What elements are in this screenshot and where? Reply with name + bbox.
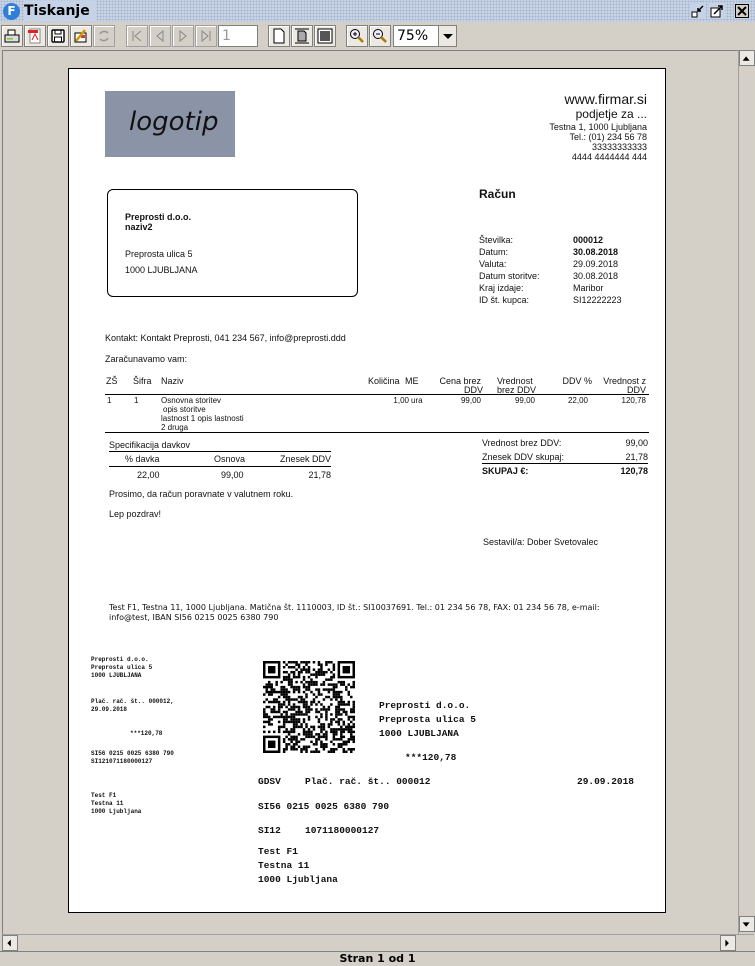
slip-ref-model: SI12	[258, 825, 281, 836]
logo-text: logotip	[129, 107, 218, 137]
customer-city: 1000 LJUBLJANA	[125, 265, 198, 275]
zoom-level-select[interactable]: 75%	[393, 25, 457, 47]
meta-row: ID št. kupca:SI12222223	[479, 294, 622, 306]
item-me: ura	[411, 397, 423, 405]
next-page-icon	[175, 28, 191, 44]
item-desc: lastnost 1 opis lastnosti	[161, 415, 244, 423]
item-zs: 1	[107, 397, 111, 405]
prev-page-button[interactable]	[149, 25, 171, 47]
first-page-icon	[129, 28, 145, 44]
arrow-left-icon	[3, 937, 17, 951]
save-button[interactable]	[47, 25, 69, 47]
table-row: 1 1 Osnovna storitev opis storitve lastn…	[105, 395, 649, 433]
fit-page-button[interactable]	[314, 25, 336, 47]
print-button[interactable]	[1, 25, 23, 47]
page-width-icon	[294, 28, 310, 44]
slip-iban: SI56 0215 0025 6380 790	[258, 801, 389, 812]
stub-recipient: 1000 Ljubljana	[91, 808, 174, 816]
title-bar: F Tiskanje	[0, 0, 755, 22]
item-desc: opis storitve	[163, 406, 206, 414]
intro-text: Zaračunavamo vam:	[105, 354, 187, 365]
col-kolicina: Količina	[368, 376, 400, 386]
last-page-button[interactable]	[195, 25, 217, 47]
company-phone: Tel.: (01) 234 56 78	[549, 132, 647, 142]
slip-recipient-name: Test F1	[258, 845, 338, 859]
tax-col-base: Osnova	[214, 454, 245, 464]
pdf-icon	[27, 28, 43, 44]
company-line4: 4444 4444444 444	[549, 152, 647, 162]
vat-value: 21,78	[625, 452, 648, 462]
slip-stub: Preprosti d.o.o. Preprosta ulica 5 1000 …	[91, 656, 174, 816]
tax-spec-title: Specifikacija davkov	[109, 440, 331, 452]
item-cena: 99,00	[461, 397, 481, 405]
last-page-icon	[198, 28, 214, 44]
zoom-in-button[interactable]	[346, 25, 368, 47]
total-label: SKUPAJ €:	[482, 466, 528, 476]
stub-amount: ***120,78	[91, 730, 174, 738]
chevron-down-icon[interactable]	[438, 26, 456, 46]
slip-ref-number: 1071180000127	[305, 825, 379, 836]
first-page-button[interactable]	[126, 25, 148, 47]
slip-due-date: 29.09.2018	[577, 776, 634, 787]
page-status: Stran 1 od 1	[0, 951, 755, 966]
toolbar: 1 75%	[0, 22, 755, 50]
company-address: Testna 1, 1000 Ljubljana	[549, 122, 647, 132]
zoom-level-value: 75%	[397, 28, 428, 44]
arrow-right-icon	[721, 937, 735, 951]
floppy-disk-icon	[50, 28, 66, 44]
slip-recipient: Test F1 Testna 11 1000 Ljubljana	[258, 845, 338, 887]
meta-label: Kraj izdaje:	[479, 282, 573, 294]
meta-value: 30.08.2018	[573, 270, 622, 282]
vertical-scrollbar[interactable]	[738, 50, 754, 934]
item-ddv: 22,00	[568, 397, 588, 405]
stub-payer: Preprosta ulica 5	[91, 664, 174, 672]
zoom-out-button[interactable]	[369, 25, 391, 47]
meta-label: Datum:	[479, 246, 573, 258]
printer-icon	[4, 28, 20, 44]
company-website: www.firmar.si	[549, 91, 647, 107]
table-row: 22,00 99,00 21,78	[109, 467, 331, 481]
slip-payer: Preprosti d.o.o. Preprosta ulica 5 1000 …	[379, 699, 476, 741]
customer-name2: naziv2	[125, 222, 191, 232]
col-zs: ZŠ	[106, 376, 118, 386]
stub-recipient: Testna 11	[91, 800, 174, 808]
invoice-page: logotip www.firmar.si podjetje za ... Te…	[68, 68, 666, 913]
customer-address-box: Preprosti d.o.o. naziv2 Preprosta ulica …	[107, 189, 358, 297]
meta-value: SI12222223	[573, 294, 622, 306]
tax-base: 99,00	[221, 470, 244, 480]
invoice-meta: Številka:000012Datum:30.08.2018Valuta:29…	[479, 234, 622, 306]
stub-recipient: Test F1	[91, 792, 174, 800]
vat-label: Znesek DDV skupaj:	[482, 452, 564, 462]
meta-row: Datum storitve:30.08.2018	[479, 270, 622, 282]
refresh-icon	[96, 28, 112, 44]
stub-purpose: Plač. rač. št.. 000012,	[91, 698, 174, 706]
item-kolicina: 1,00	[393, 397, 409, 405]
qr-code	[263, 661, 355, 753]
company-tagline: podjetje za ...	[549, 107, 647, 122]
page-icon	[271, 28, 287, 44]
company-logo: logotip	[105, 91, 235, 157]
item-sifra: 1	[134, 397, 138, 405]
meta-value: 000012	[573, 234, 622, 246]
page-number-input[interactable]: 1	[218, 25, 258, 47]
stub-payer: Preprosti d.o.o.	[91, 656, 174, 664]
scroll-down-button[interactable]	[739, 916, 755, 932]
net-value: 99,00	[625, 438, 648, 448]
meta-row: Kraj izdaje:Maribor	[479, 282, 622, 294]
next-page-button[interactable]	[172, 25, 194, 47]
window-title: Tiskanje	[24, 1, 96, 21]
company-line3: 33333333333	[549, 142, 647, 152]
item-vrednost: 99,00	[515, 397, 535, 405]
tax-spec-header: % davka Osnova Znesek DDV	[109, 452, 331, 467]
col-ddv: DDV %	[562, 376, 592, 386]
meta-row: Datum:30.08.2018	[479, 246, 622, 258]
totals: Vrednost brez DDV: 99,00 Znesek DDV skup…	[482, 436, 648, 478]
item-vrednost-z: 120,78	[622, 397, 646, 405]
invoice-title: Račun	[479, 187, 516, 201]
scroll-left-button[interactable]	[2, 935, 18, 951]
items-header: ZŠ Šifra Naziv Količina ME Cena brez DDV…	[105, 375, 649, 395]
footer-line-1: Test F1, Testna 11, 1000 Ljubljana. Mati…	[109, 603, 600, 613]
stub-iban: SI56 0215 0025 6380 790	[91, 750, 174, 758]
minimize-icon[interactable]	[690, 3, 706, 19]
tax-rate: 22,00	[137, 470, 160, 480]
zoom-in-icon	[349, 28, 365, 44]
item-naziv: Osnovna storitev	[161, 397, 221, 405]
customer-name: Preprosti d.o.o.	[125, 212, 191, 222]
col-me: ME	[405, 376, 419, 386]
meta-label: Datum storitve:	[479, 270, 573, 282]
meta-value: 30.08.2018	[573, 246, 622, 258]
arrow-down-icon	[740, 918, 754, 932]
maximize-icon[interactable]	[709, 3, 725, 19]
meta-value: 29.09.2018	[573, 258, 622, 270]
total-value: 120,78	[620, 466, 648, 476]
horizontal-scrollbar[interactable]	[2, 934, 754, 951]
stub-purpose: 29.09.2018	[91, 706, 174, 714]
prev-page-icon	[152, 28, 168, 44]
close-icon[interactable]	[734, 3, 750, 19]
edit-button[interactable]	[70, 25, 92, 47]
contact-line: Kontakt: Kontakt Preprosti, 041 234 567,…	[105, 333, 346, 344]
slip-recipient-street: Testna 11	[258, 859, 338, 873]
slip-amount: ***120,78	[405, 752, 456, 763]
slip-recipient-city: 1000 Ljubljana	[258, 873, 338, 887]
slip-code: GDSV	[258, 776, 281, 787]
slip-purpose: Plač. rač. št.. 000012	[305, 776, 430, 787]
scroll-up-button[interactable]	[739, 50, 755, 66]
tax-amount: 21,78	[308, 470, 331, 480]
slip-payer-name: Preprosti d.o.o.	[379, 699, 476, 713]
customer-street: Preprosta ulica 5	[125, 249, 193, 259]
meta-value: Maribor	[573, 282, 622, 294]
item-desc: 2 druga	[161, 424, 188, 432]
greeting: Lep pozdrav!	[109, 509, 161, 520]
payment-note: Prosimo, da račun poravnate v valutnem r…	[109, 489, 293, 500]
tax-col-amount: Znesek DDV	[280, 454, 331, 464]
refresh-button[interactable]	[93, 25, 115, 47]
footer-line-2: info@test, IBAN SI56 0215 0025 6380 790	[109, 613, 600, 623]
tax-col-rate: % davka	[125, 454, 160, 464]
col-sifra: Šifra	[133, 376, 152, 386]
arrow-up-icon	[740, 52, 754, 66]
meta-row: Valuta:29.09.2018	[479, 258, 622, 270]
col-naziv: Naziv	[161, 376, 184, 386]
actual-size-button[interactable]	[268, 25, 290, 47]
col-cena-2: DDV	[464, 385, 483, 395]
company-info: www.firmar.si podjetje za ... Testna 1, …	[549, 91, 647, 162]
zoom-out-icon	[372, 28, 388, 44]
scroll-right-button[interactable]	[720, 935, 736, 951]
meta-label: Valuta:	[479, 258, 573, 270]
slip-payer-city: 1000 LJUBLJANA	[379, 727, 476, 741]
app-logo-icon: F	[3, 3, 20, 20]
edit-pencil-icon	[73, 28, 89, 44]
fit-width-button[interactable]	[291, 25, 313, 47]
col-vrednost-z-2: DDV	[627, 385, 646, 395]
export-pdf-button[interactable]	[24, 25, 46, 47]
stub-payer: 1000 LJUBLJANA	[91, 672, 174, 680]
page-full-icon	[317, 28, 333, 44]
author: Sestavil/a: Dober Svetovalec	[483, 537, 598, 548]
meta-label: Številka:	[479, 234, 573, 246]
stub-reference: SI121071180000127	[91, 758, 174, 766]
items-table: ZŠ Šifra Naziv Količina ME Cena brez DDV…	[105, 375, 649, 433]
col-vrednost-2: brez DDV	[497, 385, 536, 395]
meta-row: Številka:000012	[479, 234, 622, 246]
tax-spec: Specifikacija davkov % davka Osnova Znes…	[109, 440, 331, 481]
net-label: Vrednost brez DDV:	[482, 438, 561, 448]
company-footer: Test F1, Testna 11, 1000 Ljubljana. Mati…	[109, 603, 600, 623]
slip-payer-street: Preprosta ulica 5	[379, 713, 476, 727]
meta-label: ID št. kupca:	[479, 294, 573, 306]
